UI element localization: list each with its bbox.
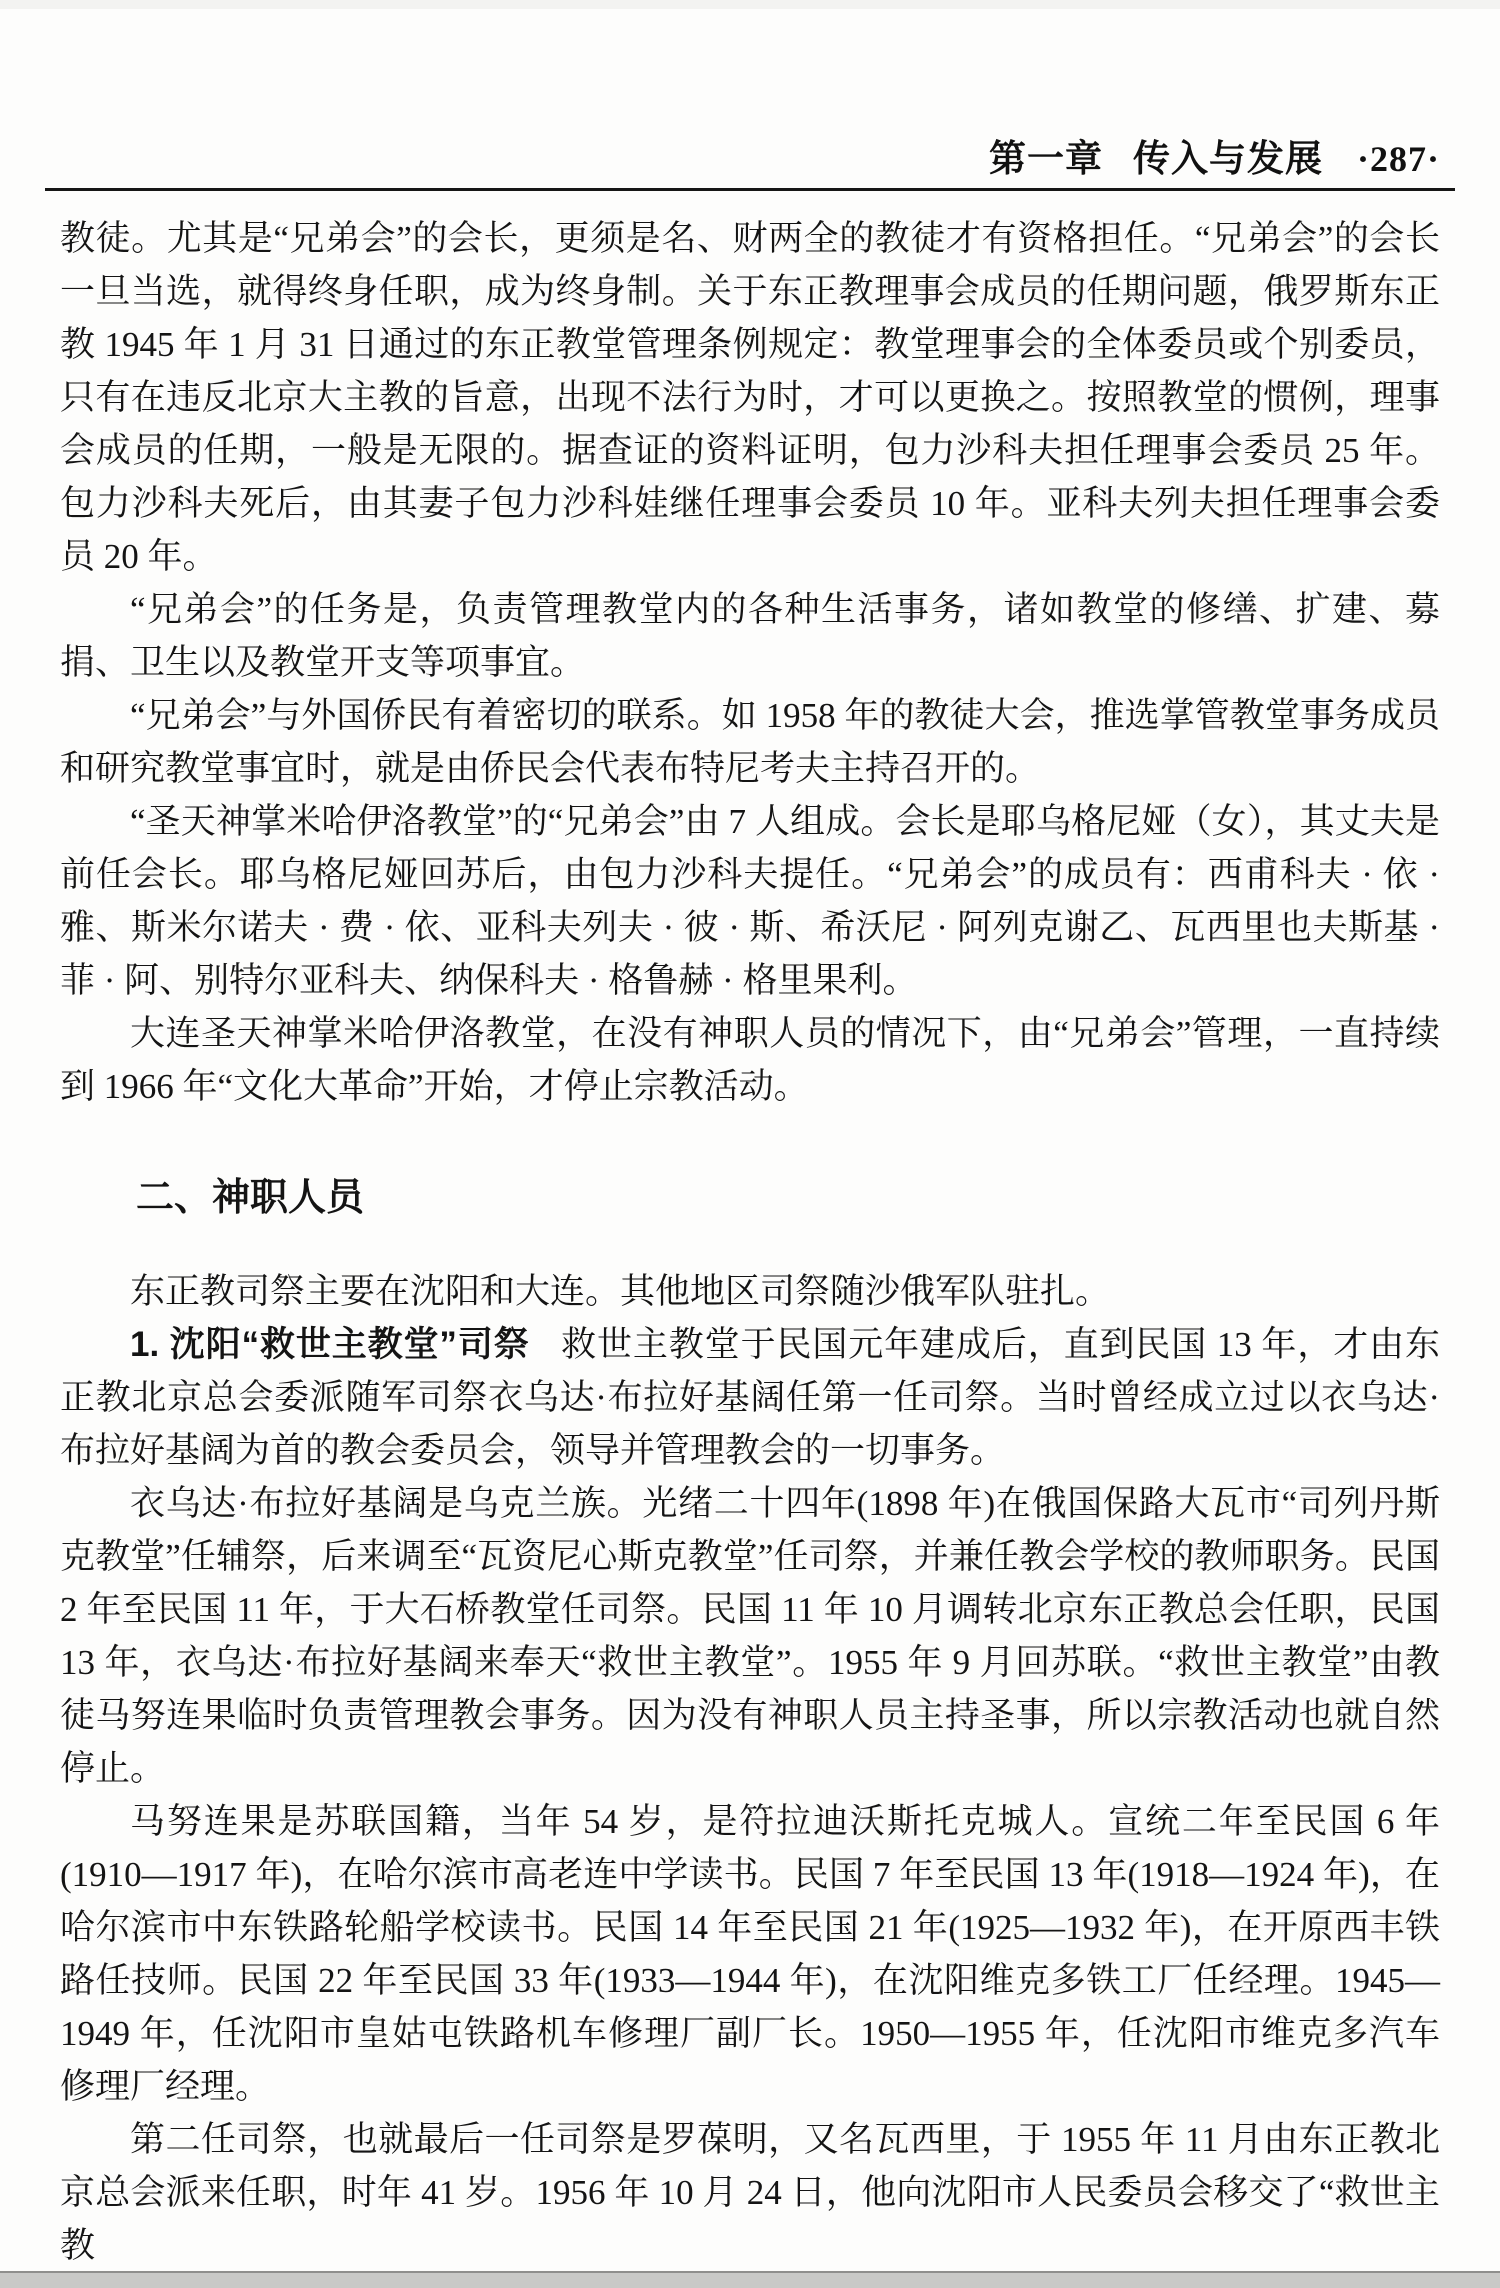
paragraph: 1. 沈阳“救世主教堂”司祭救世主教堂于民国元年建成后，直到民国 13 年，才由…	[60, 1318, 1440, 1477]
paragraph: “兄弟会”与外国侨民有着密切的联系。如 1958 年的教徒大会，推选掌管教堂事务…	[60, 689, 1440, 795]
run-in-subheading: 1. 沈阳“救世主教堂”司祭	[130, 1325, 530, 1364]
paragraph: 东正教司祭主要在沈阳和大连。其他地区司祭随沙俄军队驻扎。	[60, 1265, 1440, 1318]
running-header: 第一章传入与发展·287·	[989, 128, 1440, 182]
paragraph: 衣乌达·布拉好基阔是乌克兰族。光绪二十四年(1898 年)在俄国保路大瓦市“司列…	[60, 1477, 1440, 1795]
paragraph: 马努连果是苏联国籍，当年 54 岁，是符拉迪沃斯托克城人。宣统二年至民国 6 年…	[60, 1795, 1440, 2113]
paragraph: “圣天神掌米哈伊洛教堂”的“兄弟会”由 7 人组成。会长是耶乌格尼娅（女），其丈…	[60, 795, 1440, 1007]
scan-edge-top	[0, 0, 1500, 9]
paragraph: 大连圣天神掌米哈伊洛教堂，在没有神职人员的情况下，由“兄弟会”管理，一直持续到 …	[60, 1007, 1440, 1113]
header-divider-rule	[45, 188, 1455, 191]
book-page: 第一章传入与发展·287· 教徒。尤其是“兄弟会”的会长，更须是名、财两全的教徒…	[0, 0, 1500, 2288]
chapter-label: 第一章	[989, 138, 1103, 179]
chapter-title: 传入与发展	[1133, 138, 1323, 179]
paragraph: “兄弟会”的任务是，负责管理教堂内的各种生活事务，诸如教堂的修缮、扩建、募捐、卫…	[60, 583, 1440, 689]
page-number: ·287·	[1357, 139, 1440, 179]
scan-edge-bottom	[0, 2271, 1500, 2288]
paragraph: 第二任司祭，也就最后一任司祭是罗葆明，又名瓦西里，于 1955 年 11 月由东…	[60, 2113, 1440, 2272]
page-body-text: 教徒。尤其是“兄弟会”的会长，更须是名、财两全的教徒才有资格担任。“兄弟会”的会…	[60, 212, 1440, 2272]
paragraph: 教徒。尤其是“兄弟会”的会长，更须是名、财两全的教徒才有资格担任。“兄弟会”的会…	[60, 212, 1440, 583]
section-heading: 二、神职人员	[60, 1172, 1440, 1225]
